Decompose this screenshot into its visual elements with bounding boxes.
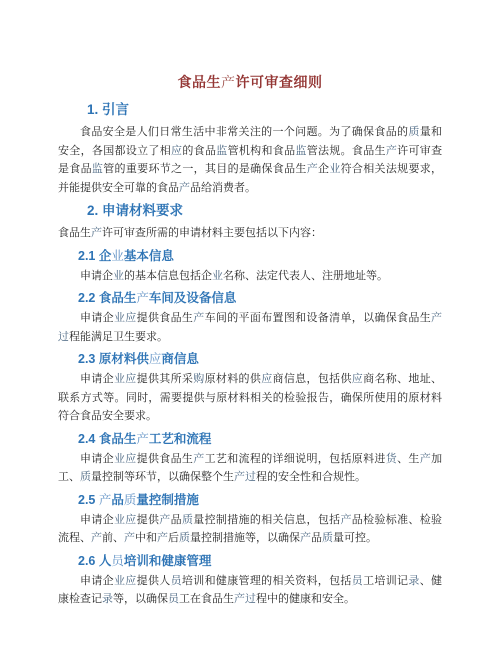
section-personnel-training-health: 2.6 人员培训和健康管理 申请企业应提供人员培训和健康管理的相关资料，包括员工… <box>58 552 442 609</box>
fallback-glyph: 购 <box>193 373 204 385</box>
paragraph-personnel-training-health: 申请企业应提供人员培训和健康管理的相关资料，包括员工培训记录、健康检查记录等，以… <box>58 572 442 609</box>
fallback-glyph: 产 <box>159 514 170 526</box>
fallback-glyph: 产 <box>124 532 135 544</box>
document-page: 食品生产许可审查细则 1. 引言 食品安全是人们日常生活中非常关注的一个问题。为… <box>0 0 500 647</box>
fallback-glyph: 监 <box>295 145 306 157</box>
fallback-glyph: 产 <box>234 593 245 605</box>
fallback-glyph: 过 <box>245 471 256 483</box>
fallback-glyph: 产 <box>221 74 236 90</box>
fallback-glyph: 业 <box>329 163 340 175</box>
fallback-glyph: 产 <box>193 312 204 324</box>
section-raw-material-supplier-info: 2.3 原材料供应商信息 申请企业应提供其所采购原材料的供应商信息，包括供应商名… <box>58 350 442 426</box>
fallback-glyph: 质 <box>124 493 137 507</box>
fallback-glyph: 录 <box>408 575 419 587</box>
fallback-glyph: 录 <box>102 593 113 605</box>
fallback-glyph: 货 <box>386 453 397 465</box>
fallback-glyph: 应 <box>352 373 363 385</box>
heading-application-materials: 2. 申请材料要求 <box>87 201 442 221</box>
fallback-glyph: 监 <box>216 145 227 157</box>
section-workshop-equipment-info: 2.2 食品生产车间及设备信息 申请企业应提供食品生产车间的平面布置图和设备清单… <box>58 289 442 346</box>
fallback-glyph: 员 <box>352 575 363 587</box>
fallback-glyph: 产 <box>136 291 149 305</box>
section-production-process: 2.4 食品生产工艺和流程 申请企业应提供食品生产工艺和流程的详细说明，包括原料… <box>58 430 442 487</box>
heading-production-process: 2.4 食品生产工艺和流程 <box>78 430 442 448</box>
fallback-glyph: 产 <box>179 182 190 194</box>
document-body: { "document": { "title": "食品生产许可审查细则", "… <box>0 0 500 647</box>
fallback-glyph: 业 <box>114 373 125 385</box>
fallback-glyph: 质 <box>179 532 190 544</box>
fallback-glyph: 产 <box>420 453 431 465</box>
heading-enterprise-basic-info: 2.1 企业基本信息 <box>78 247 442 265</box>
heading-personnel-training-health: 2.6 人员培训和健康管理 <box>78 552 442 570</box>
fallback-glyph: 应 <box>171 145 182 157</box>
paragraph-quality-control-measures: 申请企业应提供产品质量控制措施的相关信息，包括产品检验标准、检验流程、产前、产中… <box>58 511 442 548</box>
fallback-glyph: 产 <box>136 432 149 446</box>
fallback-glyph: 产 <box>91 532 102 544</box>
fallback-glyph: 员 <box>111 554 124 568</box>
paragraph-production-process: 申请企业应提供食品生产工艺和流程的详细说明，包括原料进货、生产加工、质量控制等环… <box>58 450 442 487</box>
fallback-glyph: 产 <box>234 471 245 483</box>
document-title: 食品生产许可审查细则 <box>58 72 442 92</box>
fallback-glyph: 应 <box>125 373 136 385</box>
fallback-glyph: 员 <box>171 575 182 587</box>
fallback-glyph: 业 <box>111 249 124 263</box>
fallback-glyph: 应 <box>125 514 136 526</box>
paragraph-workshop-equipment-info: 申请企业应提供食品生产车间的平面布置图和设备清单，以确保食品生产过程能满足卫生要… <box>58 309 442 346</box>
fallback-glyph: 过 <box>58 331 69 343</box>
fallback-glyph: 应 <box>125 453 136 465</box>
paragraph-introduction: 食品安全是人们日常生活中非常关注的一个问题。为了确保食品的质量和安全，各国都设立… <box>58 123 442 197</box>
fallback-glyph: 产 <box>386 145 397 157</box>
fallback-glyph: 产 <box>91 227 102 239</box>
fallback-glyph: 产 <box>193 453 204 465</box>
heading-introduction: 1. 引言 <box>87 100 442 120</box>
heading-raw-material-supplier-info: 2.3 原材料供应商信息 <box>78 350 442 368</box>
fallback-glyph: 产 <box>340 514 351 526</box>
fallback-glyph: 质 <box>80 471 91 483</box>
fallback-glyph: 产 <box>431 312 442 324</box>
section-quality-control-measures: 2.5 产品质量控制措施 申请企业应提供产品质量控制措施的相关信息，包括产品检验… <box>58 491 442 548</box>
heading-quality-control-measures: 2.5 产品质量控制措施 <box>78 491 442 509</box>
paragraph-raw-material-supplier-info: 申请企业应提供其所采购原材料的供应商信息，包括供应商名称、地址、联系方式等。同时… <box>58 370 442 426</box>
fallback-glyph: 业 <box>212 270 223 282</box>
section-introduction: 1. 引言 食品安全是人们日常生活中非常关注的一个问题。为了确保食品的质量和安全… <box>58 100 442 197</box>
section-enterprise-basic-info: 2.1 企业基本信息 申请企业的基本信息包括企业名称、法定代表人、注册地址等。 <box>58 247 442 286</box>
fallback-glyph: 业 <box>114 514 125 526</box>
fallback-glyph: 应 <box>261 373 272 385</box>
fallback-glyph: 员 <box>168 593 179 605</box>
paragraph-application-materials: 食品生产许可审查所需的申请材料主要包括以下内容： <box>58 224 442 243</box>
fallback-glyph: 业 <box>114 312 125 324</box>
fallback-glyph: 产 <box>307 163 318 175</box>
fallback-glyph: 应 <box>125 575 136 587</box>
fallback-glyph: 质 <box>408 126 419 138</box>
fallback-glyph: 质 <box>322 532 333 544</box>
fallback-glyph: 业 <box>113 270 124 282</box>
fallback-glyph: 应 <box>149 352 162 366</box>
fallback-glyph: 产 <box>157 532 168 544</box>
paragraph-enterprise-basic-info: 申请企业的基本信息包括企业名称、法定代表人、注册地址等。 <box>58 267 442 286</box>
fallback-glyph: 业 <box>114 453 125 465</box>
fallback-glyph: 产 <box>300 532 311 544</box>
fallback-glyph: 应 <box>125 312 136 324</box>
section-application-materials: 2. 申请材料要求 食品生产许可审查所需的申请材料主要包括以下内容： <box>58 201 442 243</box>
fallback-glyph: 产 <box>99 493 112 507</box>
fallback-glyph: 过 <box>245 593 256 605</box>
fallback-glyph: 质 <box>182 514 193 526</box>
fallback-glyph: 监 <box>92 163 103 175</box>
fallback-glyph: 业 <box>114 575 125 587</box>
heading-workshop-equipment-info: 2.2 食品生产车间及设备信息 <box>78 289 442 307</box>
